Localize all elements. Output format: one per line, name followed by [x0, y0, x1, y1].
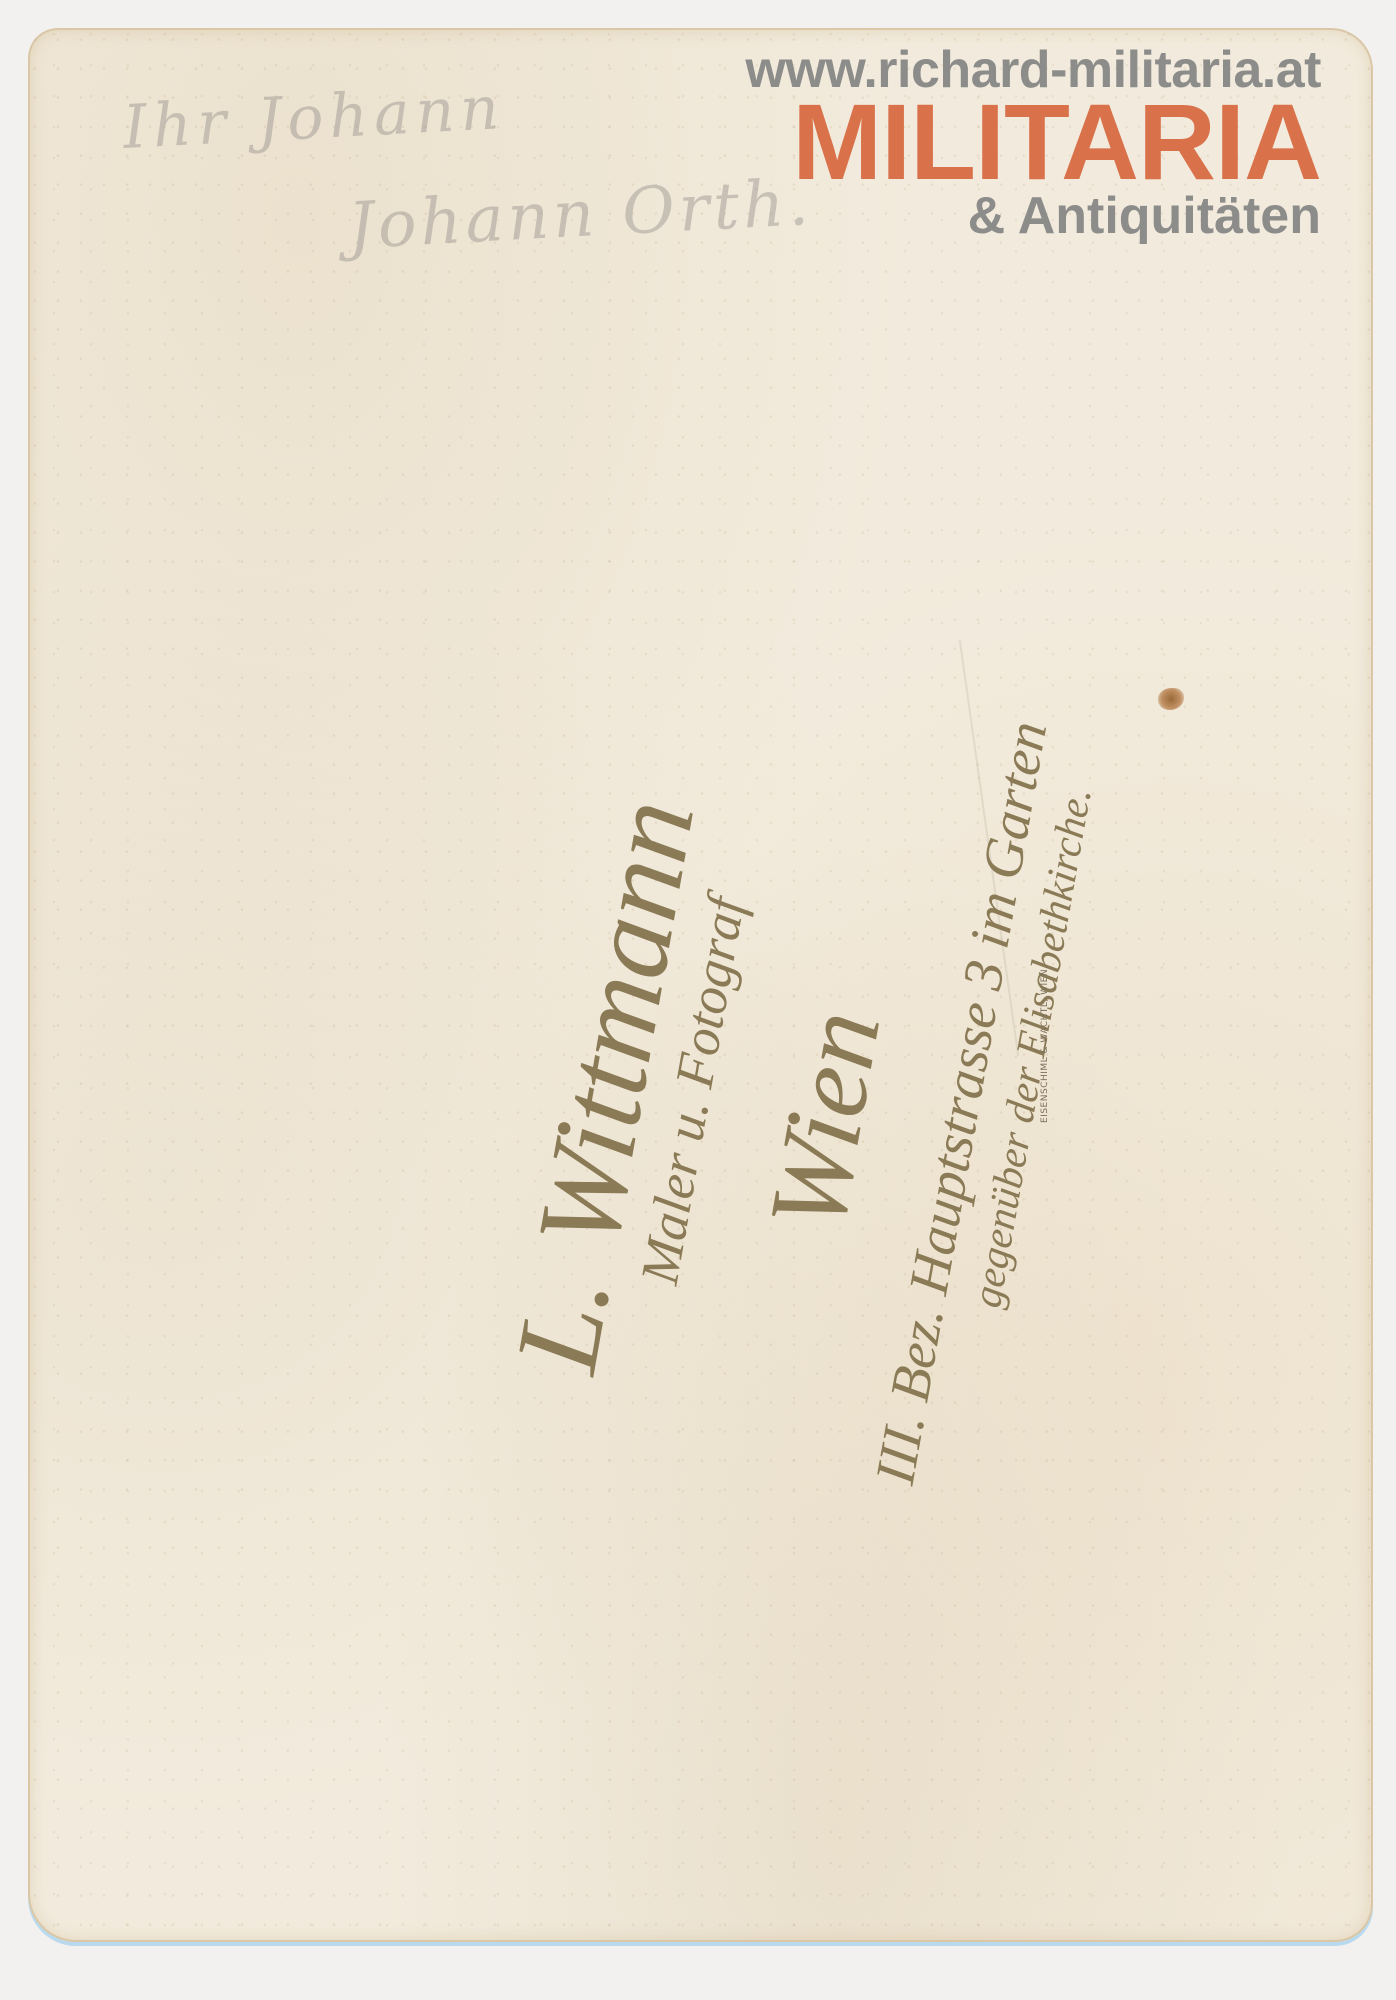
seller-watermark: www.richard-militaria.at MILITARIA & Ant…: [745, 44, 1321, 242]
foxing-stain: [1158, 688, 1184, 710]
studio-city: Wien: [743, 1001, 906, 1240]
cabinet-card-back: Ihr Johann Johann Orth. L. Wittmann Male…: [28, 28, 1373, 1942]
watermark-brand: MILITARIA: [745, 88, 1321, 196]
handwritten-note-line-2: Johann Orth.: [346, 166, 814, 264]
handwritten-note-line-1: Ihr Johann: [121, 73, 506, 163]
printer-mark: EISENSCHIML & WACHTL, WIEN.: [1040, 966, 1050, 1123]
